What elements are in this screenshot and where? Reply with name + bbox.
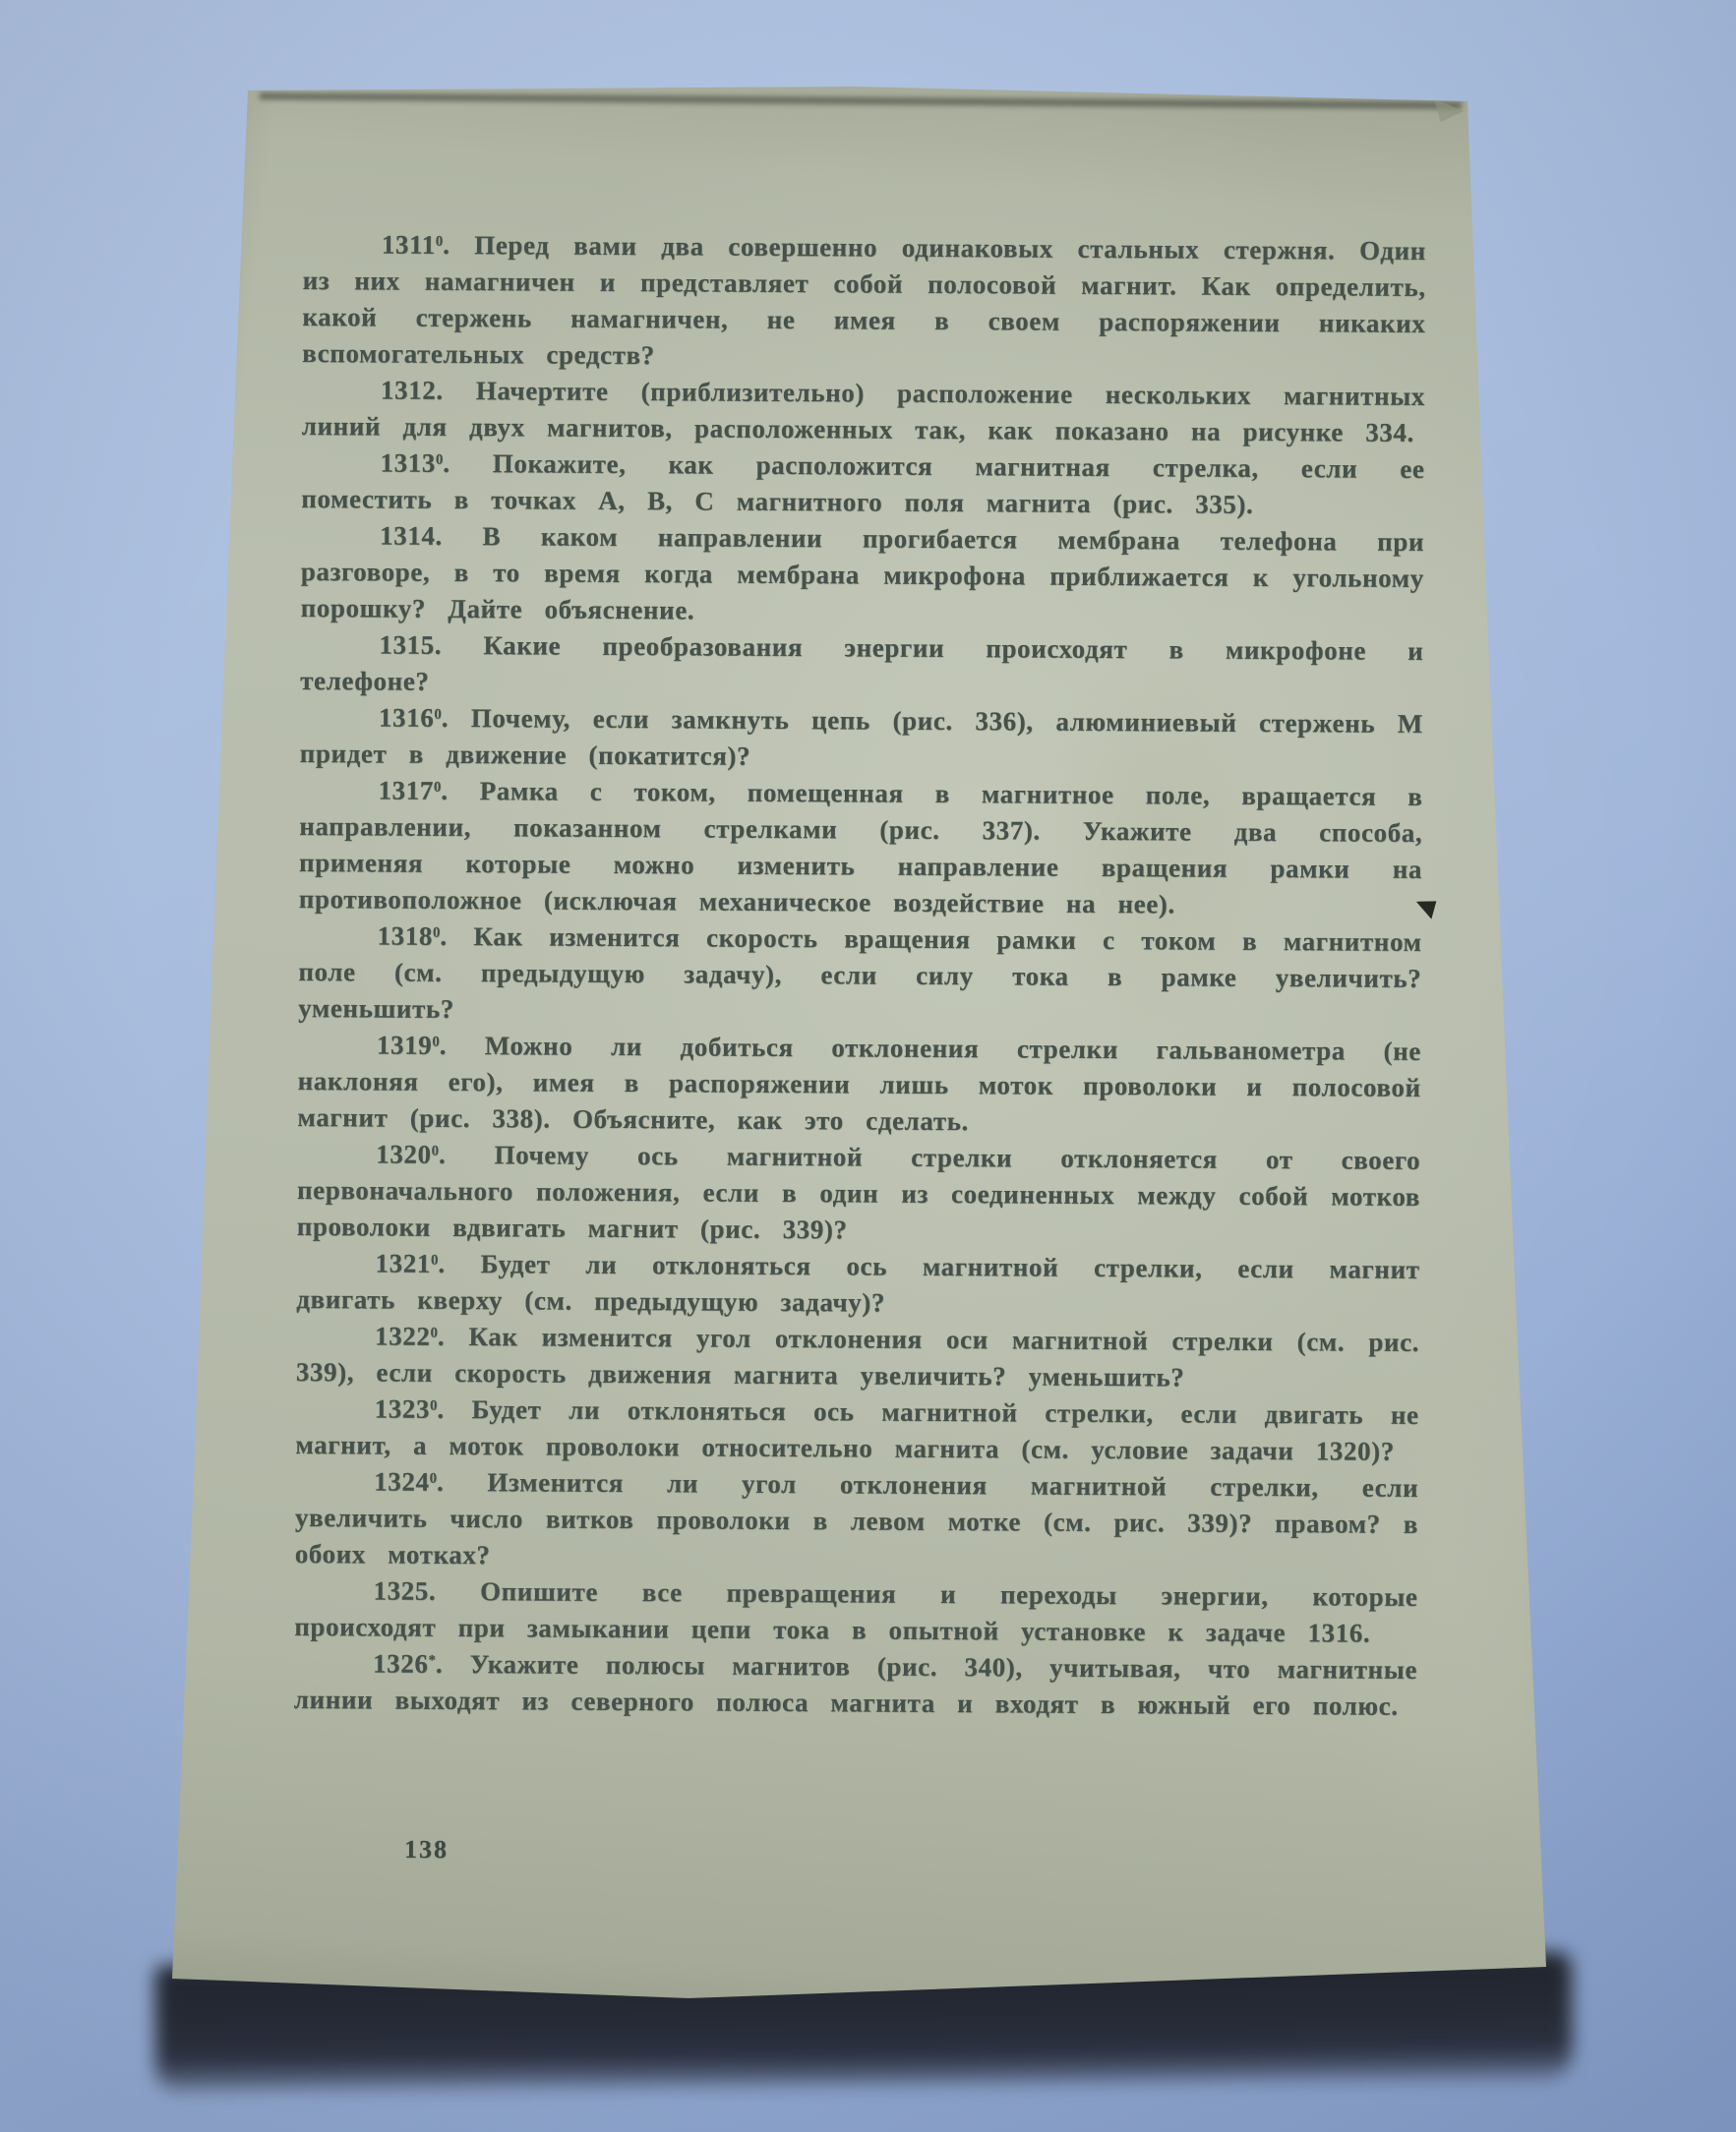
problem-number: 13170. — [378, 775, 448, 804]
problem-item: 13110. Перед вами два совершенно одинако… — [302, 226, 1426, 379]
problem-item: 1314. В каком направлении прогибается ме… — [301, 517, 1425, 633]
problem-number-mark: 0 — [430, 1326, 438, 1341]
problem-number: 13220. — [375, 1321, 445, 1350]
problem-number-mark: 0 — [430, 1471, 438, 1487]
problem-number: 13230. — [375, 1393, 445, 1423]
problem-text: Покажите, как расположится магнитная стр… — [301, 448, 1424, 519]
problem-text: Будет ли отклоняться ось магнитной стрел… — [296, 1249, 1419, 1318]
problem-number-mark: * — [428, 1653, 436, 1669]
problem-item: 13240. Изменится ли угол отклонения магн… — [295, 1463, 1419, 1579]
problem-number-mark: 0 — [434, 707, 442, 723]
problem-item: 13210. Будет ли отклоняться ось магнитно… — [296, 1245, 1419, 1325]
problem-number-mark: 0 — [433, 925, 441, 941]
problem-item: 1325. Опишите все превращения и переходы… — [294, 1572, 1417, 1652]
problem-number: 1325. — [373, 1575, 436, 1605]
problem-number: 13130. — [380, 447, 449, 477]
problem-item: 13130. Покажите, как расположится магнит… — [301, 444, 1424, 524]
problem-item: 13220. Как изменится угол отклонения оси… — [296, 1318, 1419, 1397]
problem-text: Почему, если замкнуть цепь (рис. 336), а… — [300, 703, 1423, 771]
problem-item: 13230. Будет ли отклоняться ось магнитно… — [295, 1391, 1418, 1470]
problem-number-mark: 0 — [432, 1144, 440, 1159]
problem-number-mark: 0 — [434, 780, 442, 796]
problem-number: 1315. — [379, 629, 442, 659]
problem-number: 1314. — [380, 520, 443, 550]
problem-text: Какие преобразования энергии происходят … — [300, 630, 1423, 696]
problem-number-mark: 0 — [436, 452, 444, 468]
problem-number-mark: 0 — [432, 1035, 440, 1050]
problem-text: Перед вами два совершенно одинаковых ста… — [302, 230, 1426, 370]
problem-number: 13210. — [375, 1248, 445, 1277]
problem-item: 1326*. Укажите полюсы магнитов (рис. 340… — [294, 1645, 1417, 1725]
problem-item: 13180. Как изменится скорость вращения р… — [298, 918, 1422, 1034]
problem-text: Начертите (приблизительно) расположение … — [302, 376, 1425, 447]
problem-text: Почему ось магнитной стрелки отклоняется… — [297, 1140, 1421, 1244]
problem-item: 1312. Начертите (приблизительно) располо… — [302, 372, 1425, 451]
problem-item: 1315. Какие преобразования энергии проис… — [300, 626, 1423, 706]
problem-text: В каком направлении прогибается мембрана… — [301, 521, 1425, 624]
problem-number-mark: 0 — [430, 1398, 438, 1414]
problem-number: 13190. — [377, 1030, 447, 1059]
problem-number: 13240. — [374, 1466, 444, 1496]
book-page: 13110. Перед вами два совершенно одинако… — [165, 87, 1554, 2004]
problem-text: Как изменится угол отклонения оси магнит… — [296, 1322, 1419, 1392]
problem-item: 13160. Почему, если замкнуть цепь (рис. … — [300, 699, 1423, 779]
problem-number-mark: 0 — [431, 1253, 439, 1269]
problem-number: 1312. — [381, 375, 444, 404]
problem-item: 13170. Рамка с током, помещенная в магни… — [299, 772, 1423, 924]
problems-text-block: 13110. Перед вами два совершенно одинако… — [294, 226, 1426, 1725]
page-top-edge-shadow — [260, 92, 1462, 109]
problem-text: Будет ли отклоняться ось магнитной стрел… — [295, 1394, 1418, 1466]
problem-number: 13200. — [376, 1139, 446, 1168]
problem-item: 13190. Можно ли добиться отклонения стре… — [297, 1027, 1421, 1143]
problem-text: Можно ли добиться отклонения стрелки гал… — [297, 1031, 1421, 1136]
page-number: 138 — [404, 1835, 449, 1865]
problem-text: Изменится ли угол отклонения магнитной с… — [295, 1467, 1419, 1569]
problem-text: Рамка с током, помещенная в магнитное по… — [299, 776, 1423, 918]
problem-number: 13180. — [378, 920, 448, 950]
problem-text: Укажите полюсы магнитов (рис. 340), учит… — [294, 1649, 1417, 1721]
problem-number: 13110. — [382, 229, 450, 259]
problem-text: Как изменится скорость вращения рамки с … — [298, 921, 1422, 1024]
problem-text: Опишите все превращения и переходы энерг… — [294, 1576, 1417, 1648]
problem-number: 1326*. — [373, 1648, 443, 1678]
problem-item: 13200. Почему ось магнитной стрелки откл… — [297, 1136, 1421, 1252]
problem-number: 13160. — [379, 702, 449, 732]
